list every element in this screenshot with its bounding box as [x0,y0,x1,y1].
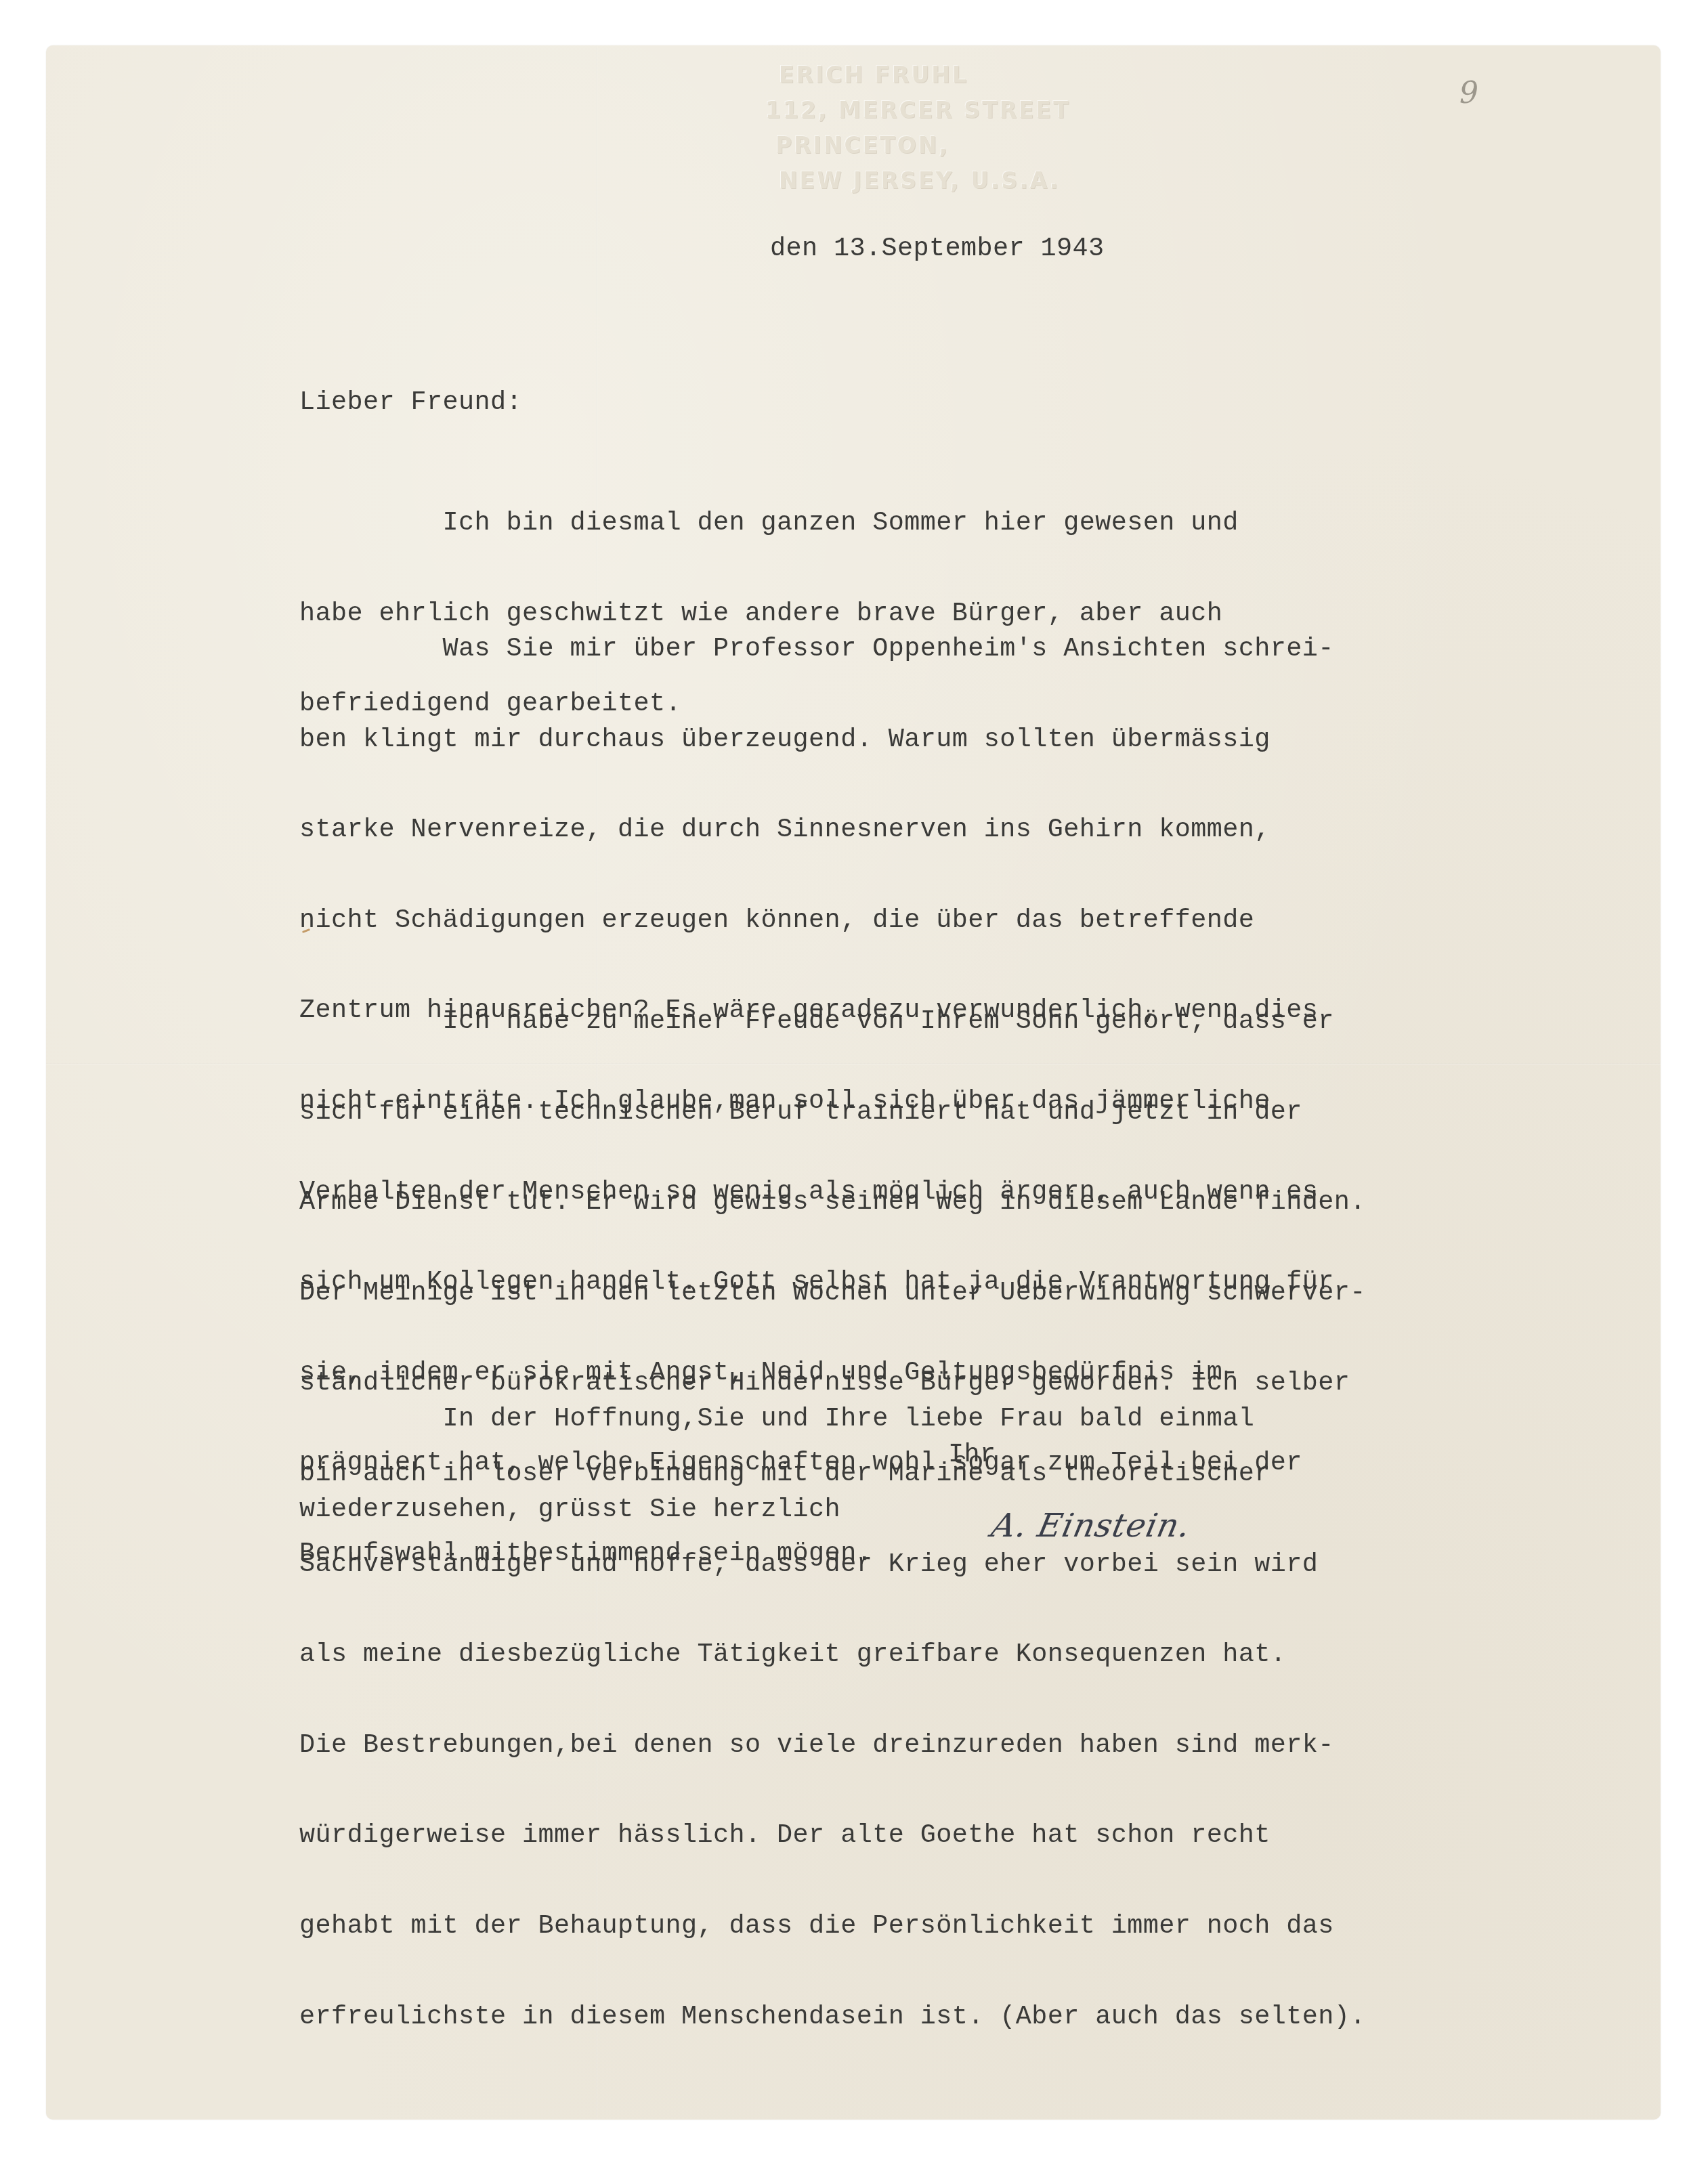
text-line: würdigerweise immer hässlich. Der alte G… [299,1820,1586,1851]
paragraph-4: In der Hoffnung,Sie und Ihre liebe Frau … [299,1344,1586,1555]
text-line: Was Sie mir über Professor Oppenheim's A… [299,634,1586,665]
text-line: Armee Dienst tut. Er wird gewiss seinen … [299,1187,1586,1218]
letterhead-line: NEW JERSEY, U.S.A. [765,163,1071,198]
handwritten-signature: A. Einstein. [988,1507,1194,1545]
embossed-letterhead: ERICH FRUHL 112, MERCER STREET PRINCETON… [765,58,1071,198]
text-line: starke Nervenreize, die durch Sinnesnerv… [299,815,1586,846]
text-line: sich für einen technischen Beruf trainie… [299,1097,1586,1128]
text-line: als meine diesbezügliche Tätigkeit greif… [299,1639,1586,1671]
text-line: Die Bestrebungen,bei denen so viele drei… [299,1730,1586,1761]
closing: Ihr [948,1440,996,1469]
text-line: Ich habe zu meiner Freude von Ihrem Sohn… [299,1006,1586,1037]
text-line: In der Hoffnung,Sie und Ihre liebe Frau … [299,1404,1586,1435]
text-line: Der Meinige ist in den letzten Wochen un… [299,1278,1586,1309]
text-line: erfreulichste in diesem Menschendasein i… [299,2002,1586,2033]
letterhead-line: PRINCETON, [765,128,1071,163]
salutation: Lieber Freund: [299,387,522,417]
text-line: ben klingt mir durchaus überzeugend. War… [299,725,1586,756]
letter-date: den 13.September 1943 [770,234,1105,263]
letterhead-line: ERICH FRUHL [765,58,1071,93]
letterhead-line: 112, MERCER STREET [765,93,1071,128]
text-line: Ich bin diesmal den ganzen Sommer hier g… [299,508,1586,539]
text-line: wiederzusehen, grüsst Sie herzlich [299,1495,1586,1526]
text-line: gehabt mit der Behauptung, dass die Pers… [299,1911,1586,1942]
text-line: nicht Schädigungen erzeugen können, die … [299,905,1586,937]
handwritten-page-number: 9 [1459,76,1478,110]
